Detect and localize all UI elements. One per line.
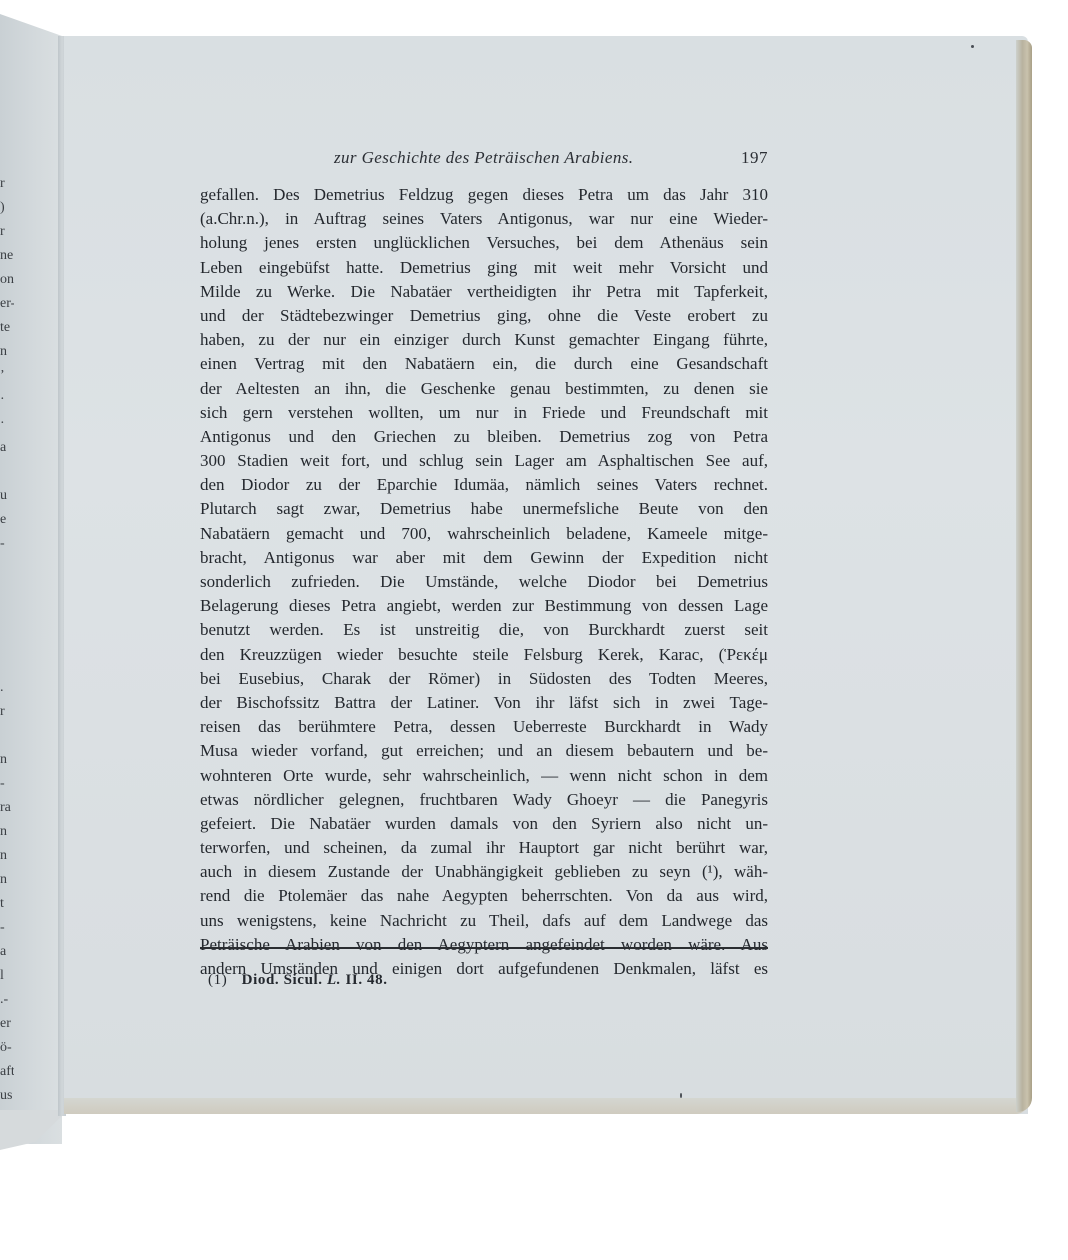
text-line: gefallen. Des Demetrius Feldzug gegen di… bbox=[200, 183, 768, 207]
left-page-fragment: . bbox=[0, 676, 14, 700]
left-page-fragment bbox=[0, 460, 14, 484]
text-line: Peträische Arabien von den Aegyptern ang… bbox=[200, 933, 768, 957]
left-page-text-fragments: r)rneoner-ten’··aue-.rn-rannnt-al.-erö-a… bbox=[0, 172, 14, 1108]
text-line: sonderlich zufrieden. Die Umstände, welc… bbox=[200, 570, 768, 594]
paper-speck bbox=[971, 45, 974, 48]
footnote-marker: (1) bbox=[208, 972, 227, 988]
text-line: Antigonus und den Griechen zu bleiben. D… bbox=[200, 425, 768, 449]
text-line: einen Vertrag mit den Nabatäern ein, die… bbox=[200, 352, 768, 376]
left-page-fragment: e bbox=[0, 508, 14, 532]
text-line: Milde zu Werke. Die Nabatäer vertheidigt… bbox=[200, 280, 768, 304]
text-line: Plutarch sagt zwar, Demetrius habe unerm… bbox=[200, 497, 768, 521]
running-title: zur Geschichte des Peträischen Arabiens. bbox=[334, 148, 633, 168]
text-line: rend die Ptolemäer das nahe Aegypten beh… bbox=[200, 884, 768, 908]
body-text: gefallen. Des Demetrius Feldzug gegen di… bbox=[200, 183, 768, 981]
left-page-fragment: us bbox=[0, 1084, 14, 1108]
left-page-fragment: a bbox=[0, 940, 14, 964]
left-page-fragment bbox=[0, 556, 14, 580]
text-line: auch in diesem Zustande der Unabhängigke… bbox=[200, 860, 768, 884]
left-page-fragment: · bbox=[0, 388, 14, 412]
page-fore-edge bbox=[1016, 40, 1032, 1112]
left-page-fragment: - bbox=[0, 532, 14, 556]
text-line: wohnteren Orte wurde, sehr wahrscheinlic… bbox=[200, 764, 768, 788]
left-page-fragment: - bbox=[0, 916, 14, 940]
left-page-fragment: er bbox=[0, 1012, 14, 1036]
left-page-fragment bbox=[0, 628, 14, 652]
text-line: etwas nördlicher gelegnen, fruchtbaren W… bbox=[200, 788, 768, 812]
footnote-ref-italic: L. bbox=[327, 972, 341, 988]
text-line: gefeiert. Die Nabatäer wurden damals von… bbox=[200, 812, 768, 836]
page-number: 197 bbox=[741, 148, 768, 168]
footnote-ref: II. 48. bbox=[345, 972, 387, 988]
text-line: bracht, Antigonus war aber mit dem Gewin… bbox=[200, 546, 768, 570]
left-page-fragment bbox=[0, 652, 14, 676]
text-line: und der Städtebezwinger Demetrius ging, … bbox=[200, 304, 768, 328]
left-page-fragment bbox=[0, 604, 14, 628]
text-line: Leben eingebüfst hatte. Demetrius ging m… bbox=[200, 256, 768, 280]
left-page-fragment: · bbox=[0, 412, 14, 436]
text-line: holung jenes ersten unglücklichen Versuc… bbox=[200, 231, 768, 255]
text-line: der Bischofssitz Battra der Latiner. Von… bbox=[200, 691, 768, 715]
left-page-fragment: n bbox=[0, 748, 14, 772]
left-page-fragment: - bbox=[0, 772, 14, 796]
text-line: benutzt werden. Es ist unstreitig die, v… bbox=[200, 618, 768, 642]
footnote-rule bbox=[200, 947, 768, 949]
left-page-fragment: n bbox=[0, 868, 14, 892]
text-line: Musa wieder vorfand, gut erreichen; und … bbox=[200, 739, 768, 763]
left-page-fragment: on bbox=[0, 268, 14, 292]
text-line: den Kreuzzügen wieder besuchte steile Fe… bbox=[200, 643, 768, 667]
footnote-source: Diod. Sicul. bbox=[242, 972, 323, 988]
left-page-fragment: ö- bbox=[0, 1036, 14, 1060]
text-line: uns wenigstens, keine Nachricht zu Theil… bbox=[200, 909, 768, 933]
text-line: haben, zu der nur ein einziger durch Kun… bbox=[200, 328, 768, 352]
text-line: der Aeltesten an ihn, die Geschenke gena… bbox=[200, 377, 768, 401]
left-page-fragment: n bbox=[0, 820, 14, 844]
text-line: sich gern verstehen wollten, um nur in F… bbox=[200, 401, 768, 425]
left-page-fragment: te bbox=[0, 316, 14, 340]
paper-speck bbox=[680, 1093, 682, 1098]
left-page-fragment: a bbox=[0, 436, 14, 460]
left-page-fragment: t bbox=[0, 892, 14, 916]
footnote: (1) Diod. Sicul. L. II. 48. bbox=[208, 972, 388, 989]
left-page-fragment: r bbox=[0, 700, 14, 724]
text-line: reisen das berühmtere Petra, dessen Uebe… bbox=[200, 715, 768, 739]
text-line: terworfen, und scheinen, da zumal ihr Ha… bbox=[200, 836, 768, 860]
left-page-fragment: ’ bbox=[0, 364, 14, 388]
left-page-fragment: n bbox=[0, 844, 14, 868]
left-page-fragment: l bbox=[0, 964, 14, 988]
left-page-fragment: u bbox=[0, 484, 14, 508]
text-line: 300 Stadien weit fort, und schlug sein L… bbox=[200, 449, 768, 473]
text-line: den Diodor zu der Eparchie Idumäa, nämli… bbox=[200, 473, 768, 497]
page-bottom-edge bbox=[64, 1098, 1028, 1114]
left-page-fragment: n bbox=[0, 340, 14, 364]
left-page-fragment bbox=[0, 724, 14, 748]
text-line: Belagerung dieses Petra angiebt, werden … bbox=[200, 594, 768, 618]
left-page-fragment bbox=[0, 580, 14, 604]
text-line: (a.Chr.n.), in Auftrag seines Vaters Ant… bbox=[200, 207, 768, 231]
text-line: Nabatäern gemacht und 700, wahrscheinlic… bbox=[200, 522, 768, 546]
left-page-fragment: r bbox=[0, 172, 14, 196]
left-page-fragment: er- bbox=[0, 292, 14, 316]
text-line: bei Eusebius, Charak der Römer) in Südos… bbox=[200, 667, 768, 691]
left-page-fragment: .- bbox=[0, 988, 14, 1012]
left-page-fragment: aft bbox=[0, 1060, 14, 1084]
running-head: zur Geschichte des Peträischen Arabiens.… bbox=[200, 148, 768, 172]
left-page-fragment: ne bbox=[0, 244, 14, 268]
left-page-fragment: ) bbox=[0, 196, 14, 220]
left-page-fragment: r bbox=[0, 220, 14, 244]
left-page-fragment: ra bbox=[0, 796, 14, 820]
